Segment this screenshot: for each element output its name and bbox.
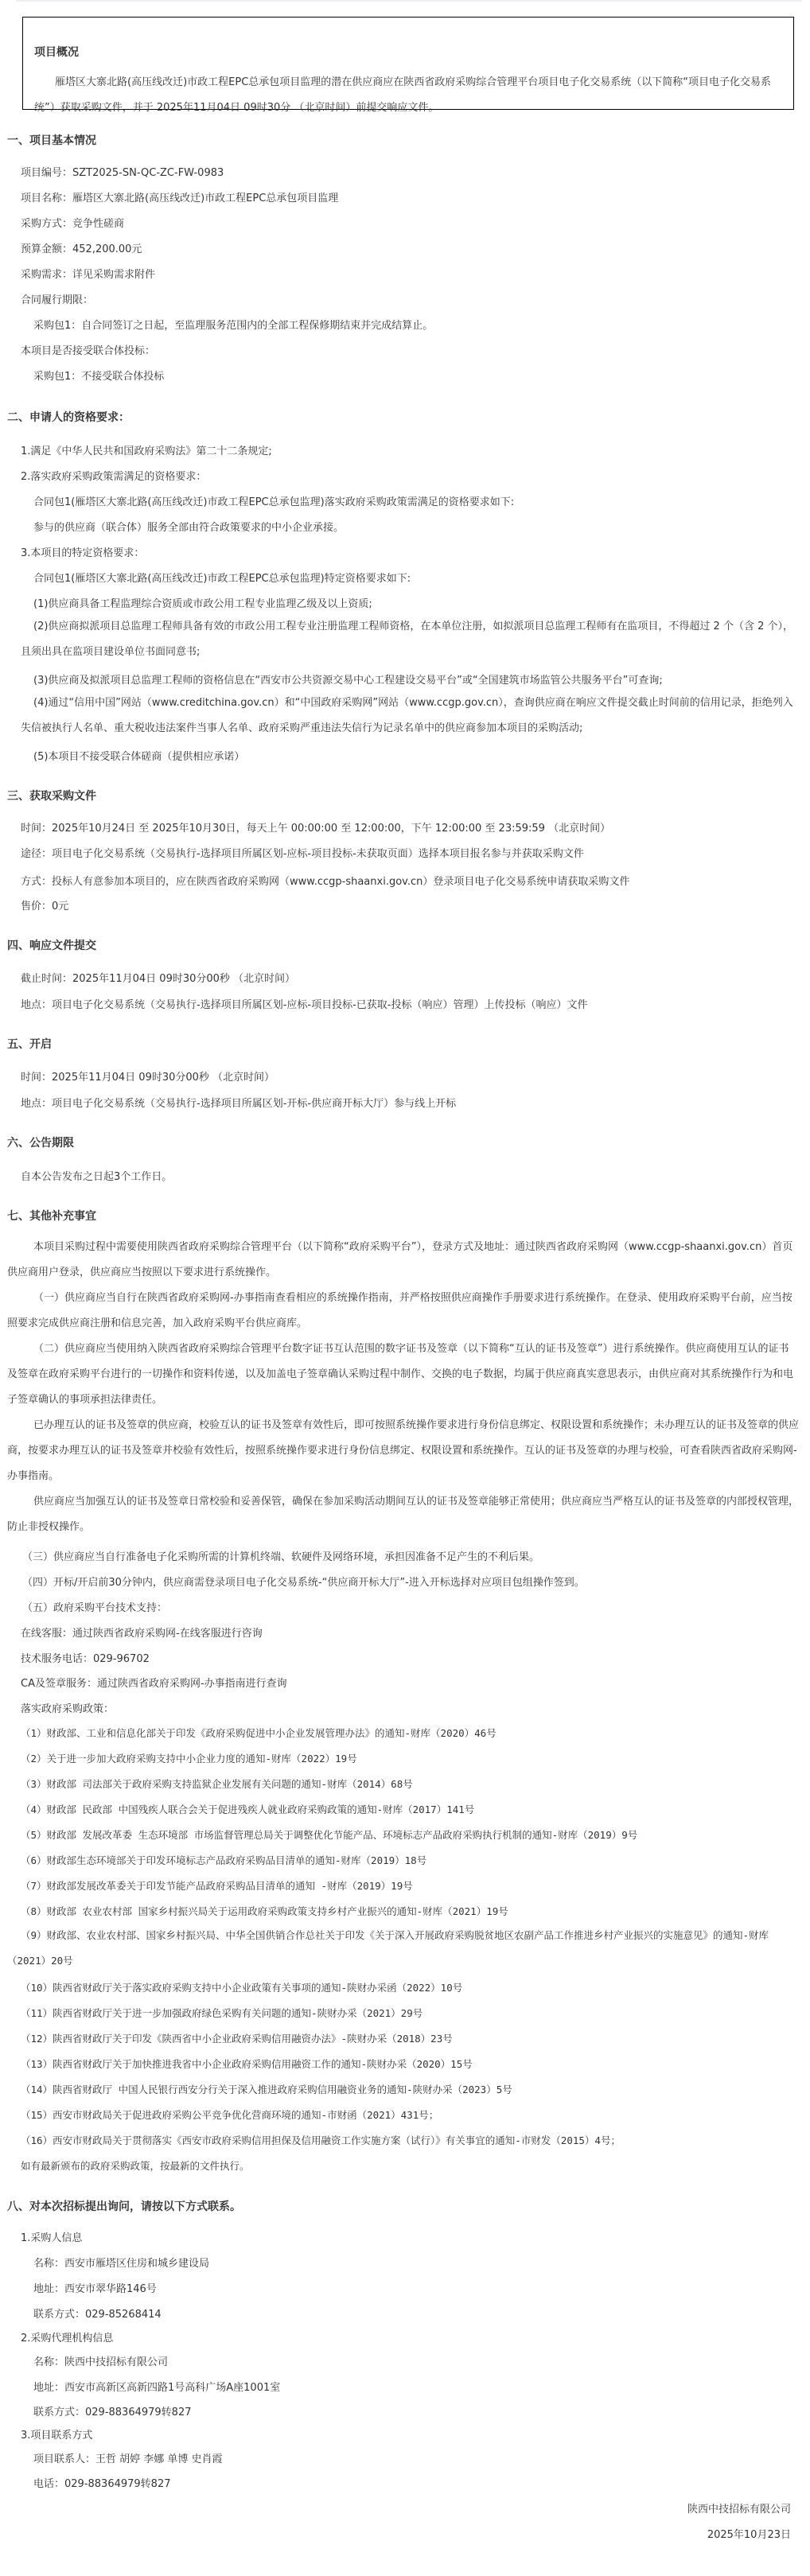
contract-period-package: 采购包1：自合同签订之日起，至监理服务范围内的全部工程保修期结束并完成结算止。 [33, 317, 433, 332]
policy-item: （7）财政部发展改革委关于印发节能产品政府采购品目清单的通知 -财库（2019）… [21, 1878, 413, 1893]
req-2: 2.落实政府采购政策需满足的资格要求： [21, 468, 206, 483]
project-name: 项目名称：雁塔区大寨北路(高压线改迁)市政工程EPC总承包项目监理 [21, 189, 338, 204]
policy-item: （13）陕西省财政厅关于加快推进我省中小企业政府采购信用融资工作的通知-陕财办采… [21, 2057, 473, 2071]
obtain-price: 售价：0元 [21, 897, 68, 912]
project-contact-people: 项目联系人：王哲 胡婷 李娜 单博 史肖霞 [33, 2450, 223, 2465]
contract-period-label: 合同履行期限： [21, 291, 93, 306]
section8-heading: 八、对本次招标提出询问，请按以下方式联系。 [7, 2198, 241, 2214]
submit-place: 地点：项目电子化交易系统（交易执行-选择项目所属区划-应标-项目投标-已获取-投… [21, 996, 587, 1011]
consortium-label: 本项目是否接受联合体投标： [21, 342, 155, 357]
agency-label: 2.采购代理机构信息 [21, 2329, 113, 2344]
req-3-1: (1)供应商具备工程监理综合资质或市政公用工程专业监理乙级及以上资质; [33, 595, 372, 610]
policy-item: （4）财政部 民政部 中国残疾人联合会关于促进残疾人就业政府采购政策的通知-财库… [21, 1802, 474, 1816]
buyer-label: 1.采购人信息 [21, 2229, 82, 2244]
signature-company: 陕西中技招标有限公司 [687, 2500, 791, 2516]
policy-item: （11）陕西省财政厅关于进一步加强政府绿色采购有关问题的通知-陕财办采（2021… [21, 2006, 423, 2020]
section5-heading: 五、开启 [7, 1036, 52, 1052]
policy-item: （2）关于进一步加大政府采购支持中小企业力度的通知-财库（2022）19号 [21, 1751, 357, 1765]
req-2a: 合同包1(雁塔区大寨北路(高压线改迁)市政工程EPC总承包监理)落实政府采购政策… [33, 493, 514, 508]
req-1: 1.满足《中华人民共和国政府采购法》第二十二条规定; [21, 442, 272, 457]
top-divider [16, 0, 802, 2]
section4-heading: 四、响应文件提交 [7, 937, 96, 953]
ca-service: CA及签章服务：通过陕西省政府采购网-办事指南进行查询 [21, 1675, 287, 1690]
consortium-package: 采购包1：不接受联合体投标 [33, 368, 164, 383]
section7-heading: 七、其他补充事宜 [7, 1208, 96, 1224]
project-contact-label: 3.项目联系方式 [21, 2426, 92, 2442]
req-3-4: (4)通过“信用中国”网站（www.creditchina.gov.cn）和“中… [21, 691, 799, 741]
other-p1: 本项目采购过程中需要使用陕西省政府采购综合管理平台（以下简称“政府采购平台”），… [7, 1235, 799, 1286]
other-p3: （二）供应商应当使用纳入陕西省政府采购综合管理平台数字证书互认范围的数字证书及签… [7, 1337, 799, 1413]
section6-heading: 六、公告期限 [7, 1134, 74, 1150]
announcement-page: 项目概况 雁塔区大寨北路(高压线改迁)市政工程EPC总承包项目监理的潜在供应商应… [0, 0, 810, 2576]
policy-item: （3）财政部 司法部关于政府采购支持监狱企业发展有关问题的通知-财库（2014）… [21, 1776, 413, 1791]
buyer-address: 地址：西安市翠华路146号 [33, 2280, 157, 2295]
submit-deadline: 截止时间：2025年11月04日 09时30分00秒 （北京时间） [21, 970, 295, 985]
policy-item: （1）财政部、工业和信息化部关于印发《政府采购促进中小企业发展管理办法》的通知-… [21, 1726, 497, 1740]
policy-item: （8）财政部 农业农村部 国家乡村振兴局关于运用政府采购政策支持乡村产业振兴的通… [21, 1904, 508, 1918]
policy-item: （12）陕西省财政厅关于印发《陕西省中小企业政府采购信用融资办法》-陕财办采（2… [21, 2031, 453, 2045]
policy-label: 落实政府采购政策： [21, 1700, 114, 1715]
agency-contact: 联系方式：029-88364979转827 [33, 2403, 192, 2418]
req-3a: 合同包1(雁塔区大寨北路(高压线改迁)市政工程EPC总承包监理)特定资格要求如下… [33, 570, 411, 585]
policy-item: （5）财政部 发展改革委 生态环境部 市场监督管理总局关于调整优化节能产品、环境… [21, 1827, 637, 1842]
agency-name: 名称：陕西中技招标有限公司 [33, 2353, 168, 2368]
policy-latest: 如有最新颁布的政府采购政策，按最新的文件执行。 [21, 2158, 250, 2173]
overview-text: 雁塔区大寨北路(高压线改迁)市政工程EPC总承包项目监理的潜在供应商应在陕西省政… [34, 70, 782, 121]
req-2b: 参与的供应商（联合体）服务全部由符合政策要求的中小企业承接。 [33, 519, 344, 534]
other-p6: （三）供应商应当自行准备电子化采购所需的计算机终端、软硬件及网络环境，承担因准备… [22, 1548, 539, 1563]
section2-heading: 二、申请人的资格要求： [7, 409, 130, 425]
policy-item: （14）陕西省财政厅 中国人民银行西安分行关于深入推进政府采购信用融资业务的通知… [21, 2082, 512, 2096]
tech-phone: 技术服务电话：029-96702 [21, 1650, 150, 1665]
overview-box: 项目概况 雁塔区大寨北路(高压线改迁)市政工程EPC总承包项目监理的潜在供应商应… [22, 17, 794, 110]
obtain-way: 方式：投标人有意参加本项目的，应在陕西省政府采购网（www.ccgp-shaan… [21, 873, 629, 888]
req-3-5: (5)本项目不接受联合体磋商（提供相应承诺） [33, 748, 244, 763]
section1-heading: 一、项目基本情况 [7, 132, 96, 148]
notice-period: 自本公告发布之日起3个工作日。 [21, 1168, 172, 1183]
procurement-method: 采购方式：竞争性磋商 [21, 215, 124, 230]
procurement-demand: 采购需求：详见采购需求附件 [21, 266, 155, 281]
req-3-3: (3)供应商及拟派项目总监理工程师的资格信息在“西安市公共资源交易中心工程建设交… [33, 671, 663, 687]
budget-amount: 预算金额：452,200.00元 [21, 240, 142, 255]
opening-place: 地点：项目电子化交易系统（交易执行-选择项目所属区划-开标-供应商开标大厅）参与… [21, 1095, 456, 1110]
policy-item: （9）财政部、农业农村部、国家乡村振兴局、中华全国供销合作总社关于印发《关于深入… [7, 1923, 799, 1974]
other-p2: （一）供应商应当自行在陕西省政府采购网-办事指南查看相应的系统操作指南，并严格按… [7, 1286, 799, 1337]
signature-date: 2025年10月23日 [707, 2526, 791, 2541]
buyer-name: 名称：西安市雁塔区住房和城乡建设局 [33, 2255, 209, 2270]
other-p8: （五）政府采购平台技术支持： [22, 1599, 167, 1614]
project-contact-phone: 电话：029-88364979转827 [33, 2475, 171, 2490]
policy-item: （10）陕西省财政厅关于落实政府采购支持中小企业政策有关事项的通知-陕财办采函（… [21, 1980, 462, 1994]
policy-item: （15）西安市财政局关于促进政府采购公平竞争优化营商环境的通知-市财函（2021… [21, 2107, 438, 2122]
obtain-time: 时间：2025年10月24日 至 2025年10月30日，每天上午 00:00:… [21, 819, 610, 835]
opening-time: 时间：2025年11月04日 09时30分00秒 （北京时间） [21, 1068, 275, 1084]
online-service: 在线客服：通过陕西省政府采购网-在线客服进行咨询 [21, 1625, 263, 1640]
policy-item: （6）财政部生态环境部关于印发环境标志产品政府采购品目清单的通知-财库（2019… [21, 1853, 426, 1867]
other-p4: 已办理互认的证书及签章的供应商，校验互认的证书及签章有效性后，即可按照系统操作要… [7, 1413, 799, 1489]
project-number: 项目编号：SZT2025-SN-QC-ZC-FW-0983 [21, 164, 224, 179]
req-3: 3.本项目的特定资格要求： [21, 544, 144, 559]
other-p7: （四）开标/开启前30分钟内，供应商需登录项目电子化交易系统-“供应商开标大厅”… [22, 1574, 585, 1589]
section3-heading: 三、获取采购文件 [7, 788, 96, 804]
buyer-contact: 联系方式：029-85268414 [33, 2306, 162, 2321]
policy-item: （16）西安市财政局关于贯彻落实《西安市政府采购信用担保及信用融资工作实施方案（… [21, 2133, 621, 2147]
agency-address: 地址：西安市高新区高新四路1号高科广场A座1001室 [33, 2379, 280, 2394]
req-3-2: (2)供应商拟派项目总监理工程师具备有效的市政公用工程专业注册监理工程师资格，在… [21, 614, 799, 665]
obtain-route: 途径：项目电子化交易系统（交易执行-选择项目所属区划-应标-项目投标-未获取页面… [21, 845, 584, 860]
overview-title: 项目概况 [34, 44, 79, 60]
other-p5: 供应商应当加强互认的证书及签章日常校验和妥善保管，确保在参加采购活动期间互认的证… [7, 1489, 799, 1540]
